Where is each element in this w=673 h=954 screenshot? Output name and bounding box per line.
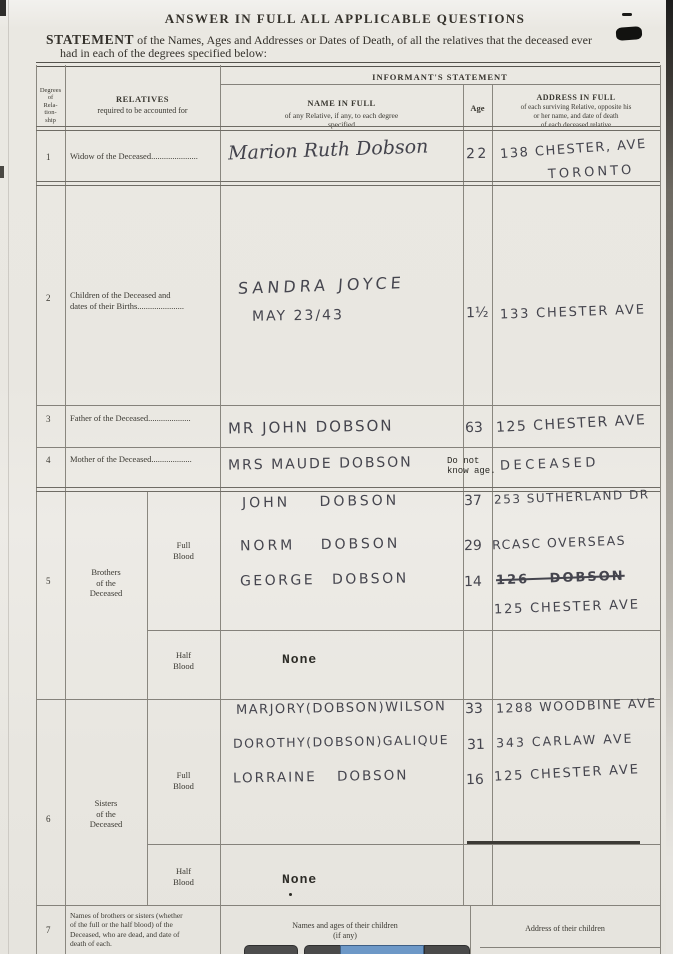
row4-name-value: MRS MAUDE DOBSON xyxy=(228,454,413,473)
row1-number: 1 xyxy=(46,152,51,162)
header-age: Age xyxy=(463,103,492,114)
statement-line1: of the Names, Ages and Addresses or Date… xyxy=(134,33,592,47)
ink-dash xyxy=(622,13,632,16)
row4-number: 4 xyxy=(46,455,51,465)
rule-under-informants xyxy=(220,84,660,85)
row1-label: Widow of the Deceased...................… xyxy=(70,151,220,162)
scan-corner-mark xyxy=(0,0,6,16)
row5-entry2-name: NORM DOBSON xyxy=(240,536,401,555)
row5-entry2-address: RCASC OVERSEAS xyxy=(492,533,627,553)
row1-age-value: 22 xyxy=(466,146,489,162)
rule-row1-bottom xyxy=(36,181,660,186)
row7-number: 7 xyxy=(46,925,51,935)
rule-row2-bottom xyxy=(36,405,660,406)
row2-address-value: 133 CHESTER AVE xyxy=(500,302,646,322)
row2-label: Children of the Deceased and dates of th… xyxy=(70,290,220,311)
row5-half-blood-label: Half Blood xyxy=(147,650,220,671)
row6-number: 6 xyxy=(46,814,51,824)
toolbar-segment-active[interactable] xyxy=(340,945,424,954)
scanned-form-page: ANSWER IN FULL ALL APPLICABLE QUESTIONS … xyxy=(0,0,673,954)
statement-lead: STATEMENT xyxy=(46,32,134,47)
row4-label: Mother of the Deceased..................… xyxy=(70,454,220,465)
row6-entry3-address: 125 CHESTER AVE xyxy=(494,762,640,785)
row2-number: 2 xyxy=(46,293,51,303)
toolbar xyxy=(244,945,472,954)
rule-row6-heavy-segment xyxy=(467,841,640,844)
row6-entry2-age: 31 xyxy=(467,737,485,753)
row6-entry3-name: LORRAINE DOBSON xyxy=(233,767,409,786)
row5-entry3-address-struck: 126 DOBSON xyxy=(496,569,625,588)
statement-line2: had in each of the degrees specified bel… xyxy=(60,46,267,61)
row6-entry2-name: DOROTHY(DOBSON)GALIQUE xyxy=(233,732,449,751)
row1-name-value: Marion Ruth Dobson xyxy=(228,136,429,165)
row5-half-blood-value: None xyxy=(282,652,317,667)
grid-v-age-right xyxy=(492,84,493,905)
row3-address-value: 125 CHESTER AVE xyxy=(496,412,647,436)
row3-name-value: MR JOHN DOBSON xyxy=(228,417,394,438)
row6-entry1-age: 33 xyxy=(465,701,483,717)
typed-dot-artifact xyxy=(289,893,292,896)
row5-label: Brothers of the Deceased xyxy=(65,567,147,599)
row2-name-line2: MAY 23/43 xyxy=(252,307,344,325)
row6-full-blood-label: Full Blood xyxy=(147,770,220,791)
row2-name-line1: SANDRA JOYCE xyxy=(237,273,405,298)
page-title: ANSWER IN FULL ALL APPLICABLE QUESTIONS xyxy=(120,11,570,27)
row6-entry3-age: 16 xyxy=(466,772,484,788)
scan-left-mark xyxy=(0,166,4,178)
row6-entry2-address: 343 CARLAW AVE xyxy=(496,731,634,751)
row3-number: 3 xyxy=(46,414,51,424)
header-name-title: NAME IN FULL xyxy=(220,98,463,109)
grid-v-name xyxy=(220,65,221,954)
row5-entry3-age: 14 xyxy=(464,574,482,590)
header-degrees: Degrees of Rela- tion- ship xyxy=(36,87,65,124)
grid-v-left xyxy=(36,65,37,954)
rule-row6-bottom xyxy=(36,905,660,906)
rule-row7-underline xyxy=(480,947,660,948)
row7-children-names-header: Names and ages of their children (if any… xyxy=(220,921,470,941)
row5-entry1-age: 37 xyxy=(464,493,482,509)
scan-right-edge xyxy=(666,0,673,954)
row6-label: Sisters of the Deceased xyxy=(65,798,147,830)
row5-number: 5 xyxy=(46,576,51,586)
toolbar-segment-left[interactable] xyxy=(304,945,342,954)
rule-row6-halfblood-top xyxy=(147,844,660,845)
row5-entry3-name: GEORGE DOBSON xyxy=(240,571,409,590)
row5-entry2-age: 29 xyxy=(464,538,482,554)
rule-row5-halfblood-top xyxy=(147,630,660,631)
row1-address-line1: 138 CHESTER, AVE xyxy=(500,137,648,162)
toolbar-segment-right[interactable] xyxy=(424,945,470,954)
grid-v-right xyxy=(660,65,661,954)
row7-children-address-header: Address of their children xyxy=(470,924,660,934)
row6-entry1-name: MARJORY(DOBSON)WILSON xyxy=(236,699,447,718)
row3-label: Father of the Deceased..................… xyxy=(70,413,220,424)
header-relatives-title: RELATIVES xyxy=(65,94,220,105)
header-address-title: ADDRESS IN FULL xyxy=(492,93,660,103)
row3-age-value: 63 xyxy=(465,420,483,436)
row1-address-line2: TORONTO xyxy=(548,163,635,182)
row7-label: Names of brothers or sisters (whether of… xyxy=(70,911,222,949)
scan-left-edge-line xyxy=(8,0,9,954)
row4-address-value: DECEASED xyxy=(500,455,599,473)
header-relatives-sub: required to be accounted for xyxy=(65,106,220,116)
row5-entry3-address: 125 CHESTER AVE xyxy=(494,597,640,617)
rule-header-bottom xyxy=(36,126,660,131)
row6-half-blood-label: Half Blood xyxy=(147,866,220,887)
row5-entry1-name: JOHN DOBSON xyxy=(242,493,399,512)
rule-row3-bottom xyxy=(36,447,660,448)
toolbar-button-left[interactable] xyxy=(244,945,298,954)
rule-top xyxy=(36,62,660,67)
row6-half-blood-value: None xyxy=(282,872,317,887)
row5-full-blood-label: Full Blood xyxy=(147,540,220,561)
informants-statement-header: INFORMANT'S STATEMENT xyxy=(220,72,660,82)
row2-age-value: 1½ xyxy=(466,305,489,321)
row4-age-note: Do not know age. xyxy=(447,456,496,477)
